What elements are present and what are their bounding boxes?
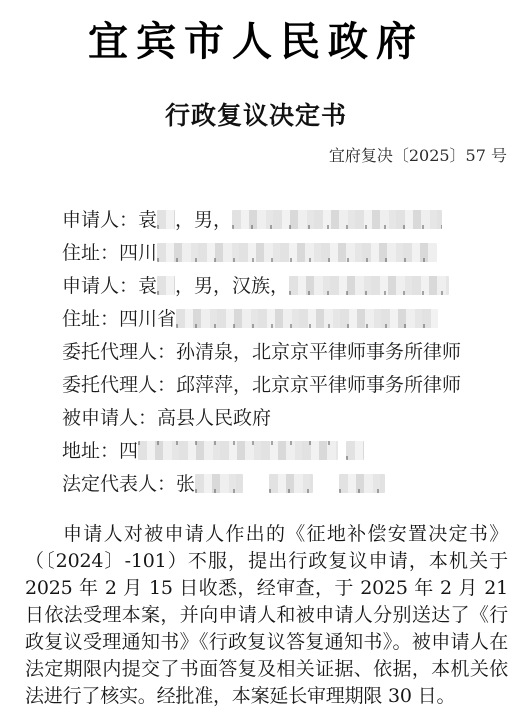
party-text: 孙清泉，北京京平律师事务所律师 [176, 341, 461, 363]
party-row-respondent-address: 地址：四 [62, 435, 530, 468]
redacted-text [195, 474, 243, 493]
party-row-agent-1: 委托代理人：孙清泉，北京京平律师事务所律师 [62, 336, 530, 369]
doc-title: 行政复议决定书 [0, 103, 521, 128]
party-name: 袁 [138, 209, 157, 231]
redacted-text [289, 276, 449, 295]
document-page: 宜宾市人民政府 行政复议决定书 宜府复决〔2025〕57 号 申请人：袁，男， … [0, 0, 530, 719]
redacted-text [138, 441, 338, 460]
party-label: 申请人： [62, 209, 138, 231]
party-label: 申请人： [62, 275, 138, 297]
party-row-applicant-2: 申请人：袁，男，汉族， [62, 270, 530, 303]
party-label: 被申请人： [62, 407, 157, 429]
org-title: 宜宾市人民政府 [0, 22, 521, 62]
party-text: 四川省 [119, 308, 176, 330]
redacted-text [346, 441, 364, 460]
party-text: ，男，汉族， [175, 275, 289, 297]
party-text: 四 [119, 440, 138, 462]
party-label: 地址： [62, 440, 119, 462]
party-label: 委托代理人： [62, 341, 176, 363]
party-label: 法定代表人： [62, 473, 176, 495]
redacted-name [157, 210, 175, 229]
party-row-applicant-1: 申请人：袁，男， [62, 204, 530, 237]
party-label: 住址： [62, 242, 119, 264]
redacted-name [157, 276, 175, 295]
party-row-address-2: 住址：四川省 [62, 303, 530, 336]
party-label: 委托代理人： [62, 374, 176, 396]
party-text: 高县人民政府 [157, 407, 271, 429]
party-name: 袁 [138, 275, 157, 297]
party-text: ，男， [175, 209, 232, 231]
party-row-agent-2: 委托代理人：邱萍萍，北京京平律师事务所律师 [62, 369, 530, 402]
redacted-text [232, 210, 442, 229]
redacted-text [269, 474, 313, 493]
party-row-address-1: 住址：四川 [62, 237, 530, 270]
decision-paragraph: 申请人对被申请人作出的《征地补偿安置决定书》（〔2024〕-101）不服，提出行… [25, 521, 508, 710]
doc-number: 宜府复决〔2025〕57 号 [0, 148, 530, 164]
redacted-text [339, 474, 385, 493]
redacted-text [176, 309, 438, 328]
party-row-legal-representative: 法定代表人：张 [62, 468, 530, 501]
party-text: 张 [176, 473, 195, 495]
party-text: 四川 [119, 242, 157, 264]
party-label: 住址： [62, 308, 119, 330]
party-row-respondent: 被申请人：高县人民政府 [62, 402, 530, 435]
parties-section: 申请人：袁，男， 住址：四川 申请人：袁，男，汉族， 住址：四川省 委托代理人：… [0, 204, 530, 501]
party-text: 邱萍萍，北京京平律师事务所律师 [176, 374, 461, 396]
redacted-text [157, 243, 437, 262]
